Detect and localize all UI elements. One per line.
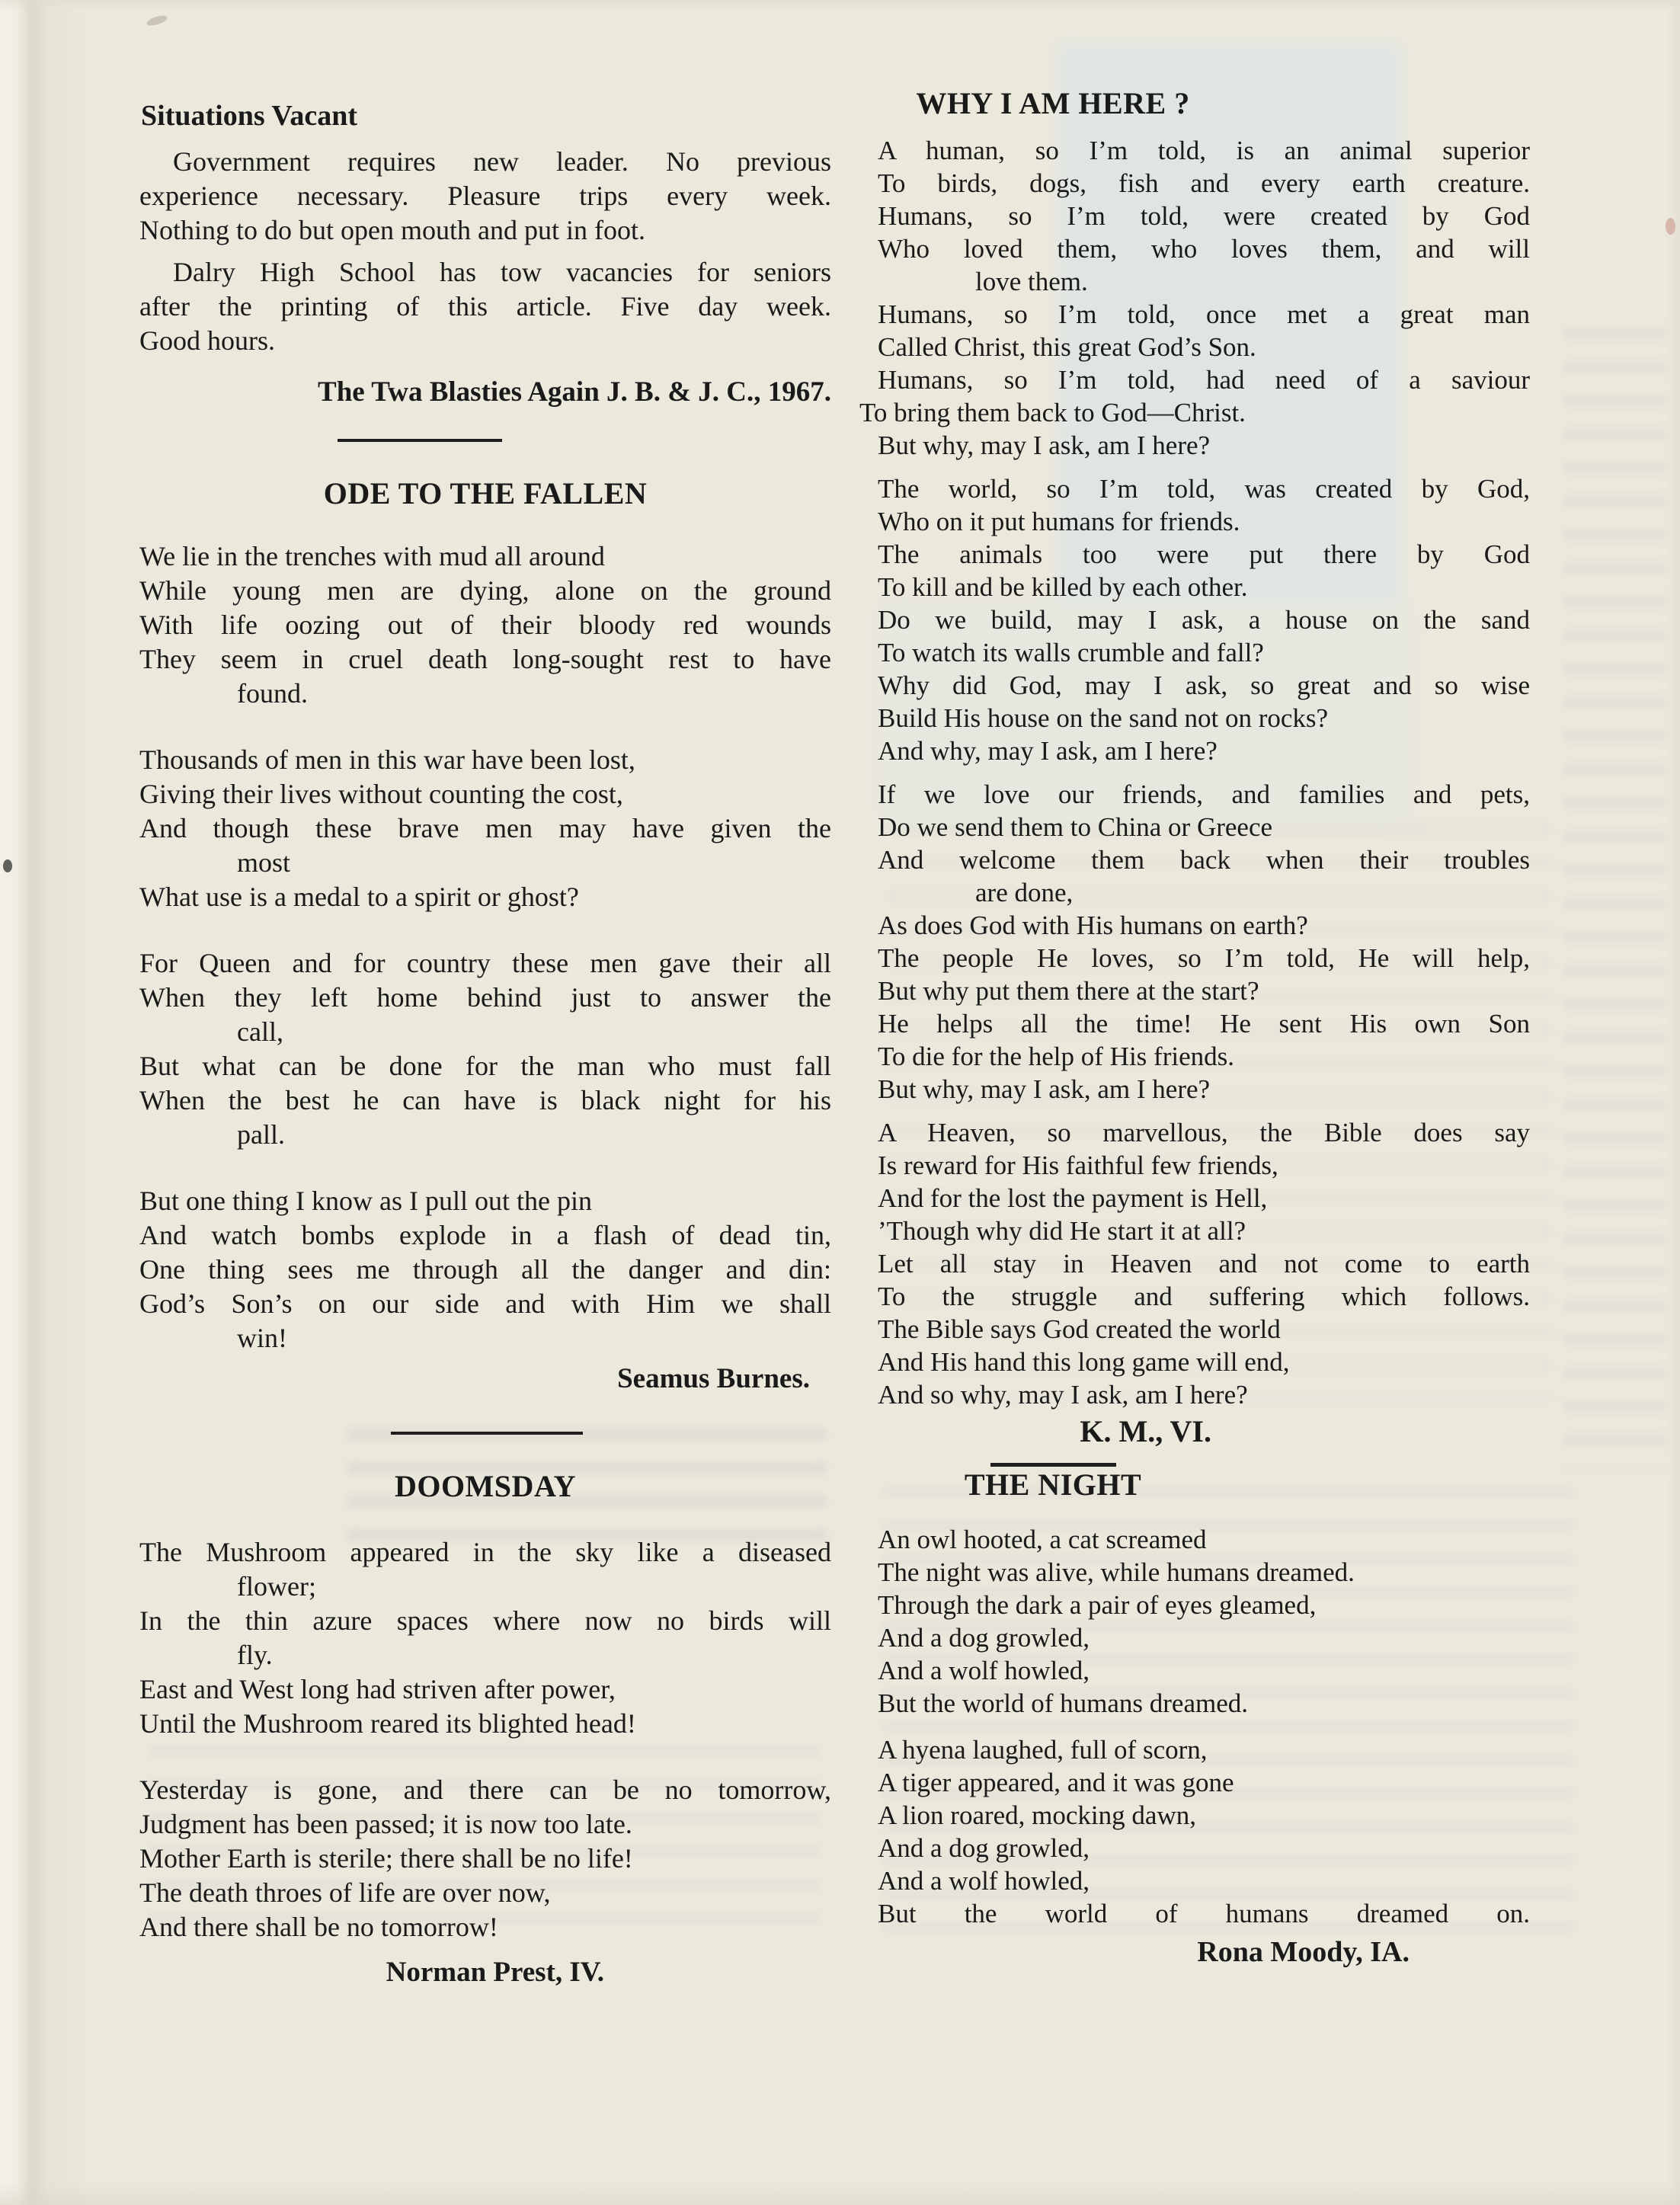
- text-line: But the world of humans dreamed.: [878, 1687, 1530, 1720]
- text-line: To watch its walls crumble and fall?: [878, 636, 1530, 669]
- stanza: A human, so I’m told, is an animal super…: [878, 134, 1530, 462]
- text-line: They seem in cruel death long-sought res…: [139, 642, 831, 677]
- text-line: What use is a medal to a spirit or ghost…: [139, 880, 831, 914]
- text-line: And for the lost the payment is Hell,: [878, 1182, 1530, 1215]
- stanza: We lie in the trenches with mud all arou…: [139, 539, 831, 711]
- paragraph: Government requires new leader. No previ…: [139, 145, 831, 248]
- text-line: The death throes of life are over now,: [139, 1876, 831, 1910]
- why-i-am-here-stanzas: A human, so I’m told, is an animal super…: [878, 134, 1530, 1411]
- text-line: While young men are dying, alone on the …: [139, 574, 831, 608]
- text-line: The Mushroom appeared in the sky like a …: [139, 1535, 831, 1570]
- text-line: fly.: [139, 1638, 831, 1672]
- stanza: An owl hooted, a cat screamedThe night w…: [878, 1523, 1530, 1720]
- text-line: are done,: [878, 876, 1530, 909]
- ode-signature: Seamus Burnes.: [139, 1362, 831, 1397]
- text-line: When the best he can have is black night…: [139, 1083, 831, 1118]
- text-line: And a dog growled,: [878, 1832, 1530, 1864]
- text-line: found.: [139, 677, 831, 711]
- text-line: A hyena laughed, full of scorn,: [878, 1733, 1530, 1766]
- stanza: For Queen and for country these men gave…: [139, 946, 831, 1152]
- text-line: To the struggle and suffering which foll…: [878, 1280, 1530, 1313]
- text-line: win!: [139, 1321, 831, 1355]
- text-line: Do we send them to China or Greece: [878, 811, 1530, 843]
- why-i-am-here-title: WHY I AM HERE ?: [878, 85, 1228, 122]
- scan-mark: [146, 14, 168, 27]
- text-line: Judgment has been passed; it is now too …: [139, 1807, 831, 1842]
- text-line: Let all stay in Heaven and not come to e…: [878, 1247, 1530, 1280]
- text-line: experience necessary. Pleasure trips eve…: [139, 179, 831, 213]
- text-line: Giving their lives without counting the …: [139, 777, 831, 811]
- why-i-am-here-signature: K. M., VI.: [878, 1414, 1530, 1449]
- text-line: But what can be done for the man who mus…: [139, 1049, 831, 1083]
- the-night-signature: Rona Moody, IA.: [878, 1935, 1530, 1970]
- doomsday-title: DOOMSDAY: [139, 1468, 831, 1505]
- text-line: To bring them back to God—Christ.: [859, 396, 1530, 429]
- stanza: Thousands of men in this war have been l…: [139, 743, 831, 914]
- text-line: And a wolf howled,: [878, 1654, 1530, 1687]
- text-line: The world, so I’m told, was created by G…: [878, 472, 1530, 505]
- text-line: If we love our friends, and families and…: [878, 778, 1530, 811]
- text-line: And watch bombs explode in a flash of de…: [139, 1218, 831, 1253]
- text-line: But the world of humans dreamed on.: [878, 1897, 1530, 1930]
- show-through-artifact: [1563, 328, 1666, 1471]
- text-line: And there shall be no tomorrow!: [139, 1910, 831, 1944]
- divider-rule: [391, 1432, 583, 1435]
- text-line: Mother Earth is sterile; there shall be …: [139, 1842, 831, 1876]
- text-line: An owl hooted, a cat screamed: [878, 1523, 1530, 1556]
- text-line: flower;: [139, 1570, 831, 1604]
- text-line: One thing sees me through all the danger…: [139, 1253, 831, 1287]
- text-line: And why, may I ask, am I here?: [878, 734, 1530, 767]
- stanza: A Heaven, so marvellous, the Bible does …: [878, 1116, 1530, 1411]
- text-line: pall.: [139, 1118, 831, 1152]
- text-line: As does God with His humans on earth?: [878, 909, 1530, 942]
- text-line: The people He loves, so I’m told, He wil…: [878, 942, 1530, 974]
- stanza: But one thing I know as I pull out the p…: [139, 1184, 831, 1355]
- page-top-edge-shadow: [0, 0, 1680, 11]
- page-right-edge-shadow: [1666, 0, 1680, 2205]
- text-line: Humans, so I’m told, had need of a savio…: [878, 363, 1530, 396]
- ink-speck: [3, 859, 12, 872]
- text-line: In the thin azure spaces where now no bi…: [139, 1604, 831, 1638]
- text-line: The night was alive, while humans dreame…: [878, 1556, 1530, 1589]
- text-line: Yesterday is gone, and there can be no t…: [139, 1773, 831, 1807]
- left-column: Situations Vacant Government requires ne…: [139, 98, 831, 1990]
- the-night-title-wrap: THE NIGHT: [878, 1467, 1228, 1503]
- text-line: To birds, dogs, fish and every earth cre…: [878, 167, 1530, 200]
- text-line: To kill and be killed by each other.: [878, 571, 1530, 603]
- text-line: And a wolf howled,: [878, 1864, 1530, 1897]
- text-line: Build His house on the sand not on rocks…: [878, 702, 1530, 734]
- text-line: Who on it put humans for friends.: [878, 505, 1530, 538]
- text-line: But why, may I ask, am I here?: [878, 429, 1530, 462]
- divider-rule: [338, 439, 502, 442]
- text-line: after the printing of this article. Five…: [139, 290, 831, 324]
- text-line: love them.: [878, 265, 1530, 298]
- text-line: Government requires new leader. No previ…: [139, 145, 831, 179]
- text-line: A Heaven, so marvellous, the Bible does …: [878, 1116, 1530, 1149]
- text-line: Dalry High School has tow vacancies for …: [139, 255, 831, 290]
- ode-to-the-fallen-stanzas: We lie in the trenches with mud all arou…: [139, 539, 831, 1355]
- text-line: Through the dark a pair of eyes gleamed,: [878, 1589, 1530, 1621]
- text-line: Who loved them, who loves them, and will: [878, 232, 1530, 265]
- stanza: If we love our friends, and families and…: [878, 778, 1530, 1106]
- text-line: Called Christ, this great God’s Son.: [878, 331, 1530, 363]
- the-night-stanzas: An owl hooted, a cat screamedThe night w…: [878, 1523, 1530, 1930]
- stanza: A hyena laughed, full of scorn,A tiger a…: [878, 1733, 1530, 1930]
- text-line: The Bible says God created the world: [878, 1313, 1530, 1346]
- paragraph: Dalry High School has tow vacancies for …: [139, 255, 831, 358]
- text-line: The animals too were put there by God: [878, 538, 1530, 571]
- doomsday-stanzas: The Mushroom appeared in the sky like a …: [139, 1535, 831, 1944]
- page-left-edge-shadow: [0, 0, 91, 2205]
- twa-blasties-byline: The Twa Blasties Again J. B. & J. C., 19…: [139, 375, 831, 410]
- text-line: For Queen and for country these men gave…: [139, 946, 831, 981]
- text-line: most: [139, 846, 831, 880]
- text-line: ’Though why did He start it at all?: [878, 1215, 1530, 1247]
- text-line: A human, so I’m told, is an animal super…: [878, 134, 1530, 167]
- stanza: Yesterday is gone, and there can be no t…: [139, 1773, 831, 1944]
- magazine-page-scan: Situations Vacant Government requires ne…: [0, 0, 1680, 2205]
- stanza: The world, so I’m told, was created by G…: [878, 472, 1530, 767]
- text-line: Humans, so I’m told, were created by God: [878, 200, 1530, 232]
- text-line: We lie in the trenches with mud all arou…: [139, 539, 831, 574]
- right-column: WHY I AM HERE ? A human, so I’m told, is…: [878, 85, 1530, 1970]
- text-line: But one thing I know as I pull out the p…: [139, 1184, 831, 1218]
- text-line: A lion roared, mocking dawn,: [878, 1799, 1530, 1832]
- why-i-am-here-title-wrap: WHY I AM HERE ?: [878, 85, 1228, 122]
- ode-to-the-fallen-title: ODE TO THE FALLEN: [139, 475, 831, 512]
- text-line: With life oozing out of their bloody red…: [139, 608, 831, 642]
- text-line: Good hours.: [139, 324, 831, 358]
- stanza: The Mushroom appeared in the sky like a …: [139, 1535, 831, 1741]
- text-line: Is reward for His faithful few friends,: [878, 1149, 1530, 1182]
- scan-mark: [1666, 218, 1675, 235]
- situations-vacant-heading: Situations Vacant: [141, 98, 831, 134]
- text-line: But why, may I ask, am I here?: [878, 1073, 1530, 1106]
- page-bottom-edge-shadow: [0, 2182, 1680, 2205]
- text-line: And His hand this long game will end,: [878, 1346, 1530, 1378]
- text-line: God’s Son’s on our side and with Him we …: [139, 1287, 831, 1321]
- the-night-title: THE NIGHT: [878, 1467, 1228, 1503]
- situations-vacant-paragraphs: Government requires new leader. No previ…: [139, 145, 831, 358]
- text-line: Do we build, may I ask, a house on the s…: [878, 603, 1530, 636]
- text-line: call,: [139, 1015, 831, 1049]
- text-line: He helps all the time! He sent His own S…: [878, 1007, 1530, 1040]
- text-line: A tiger appeared, and it was gone: [878, 1766, 1530, 1799]
- text-line: To die for the help of His friends.: [878, 1040, 1530, 1073]
- text-line: And so why, may I ask, am I here?: [878, 1378, 1530, 1411]
- text-line: But why put them there at the start?: [878, 974, 1530, 1007]
- doomsday-signature: Norman Prest, IV.: [139, 1955, 831, 1990]
- text-line: And a dog growled,: [878, 1621, 1530, 1654]
- text-line: And welcome them back when their trouble…: [878, 843, 1530, 876]
- text-line: Thousands of men in this war have been l…: [139, 743, 831, 777]
- text-line: East and West long had striven after pow…: [139, 1672, 831, 1707]
- text-line: Humans, so I’m told, once met a great ma…: [878, 298, 1530, 331]
- text-line: And though these brave men may have give…: [139, 811, 831, 846]
- text-line: Until the Mushroom reared its blighted h…: [139, 1707, 831, 1741]
- text-line: Why did God, may I ask, so great and so …: [878, 669, 1530, 702]
- text-line: Nothing to do but open mouth and put in …: [139, 213, 831, 248]
- text-line: When they left home behind just to answe…: [139, 981, 831, 1015]
